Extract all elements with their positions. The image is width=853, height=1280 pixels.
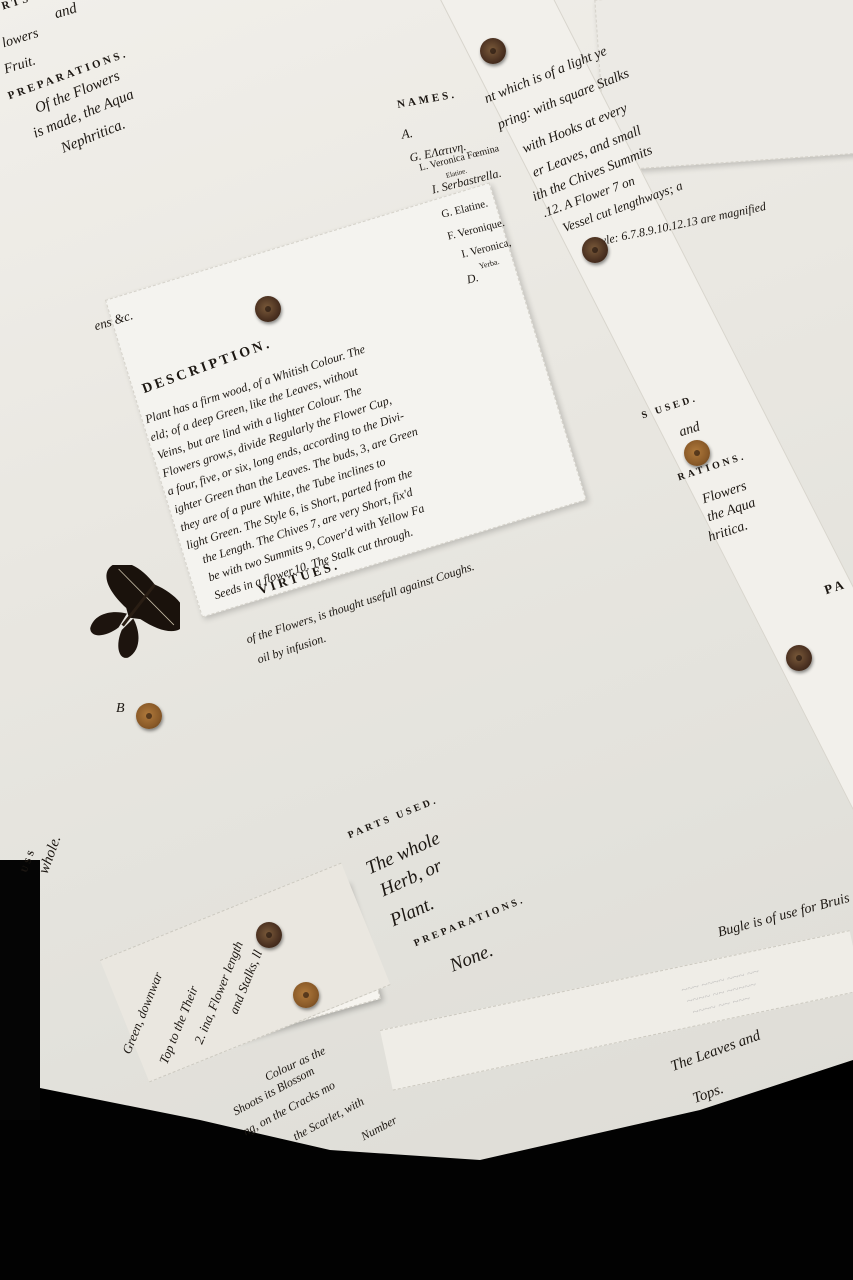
photo-scene: RTS and lowers Fruit. PREPARATIONS. Of t…: [0, 0, 853, 1280]
upper-right-pocket: [594, 0, 853, 171]
button-placket-4: [786, 645, 812, 671]
button-placket-2: [582, 237, 608, 263]
button-cuff-2: [293, 982, 319, 1008]
text-letter-b: B: [116, 700, 125, 719]
button-pocket-flap: [255, 296, 281, 322]
button-placket-3: [684, 440, 710, 466]
black-background-left: [0, 860, 40, 1120]
button-cuff-1: [256, 922, 282, 948]
button-sleeve-placket: [136, 703, 162, 729]
moth-icon: [75, 565, 180, 675]
button-placket-1: [480, 38, 506, 64]
